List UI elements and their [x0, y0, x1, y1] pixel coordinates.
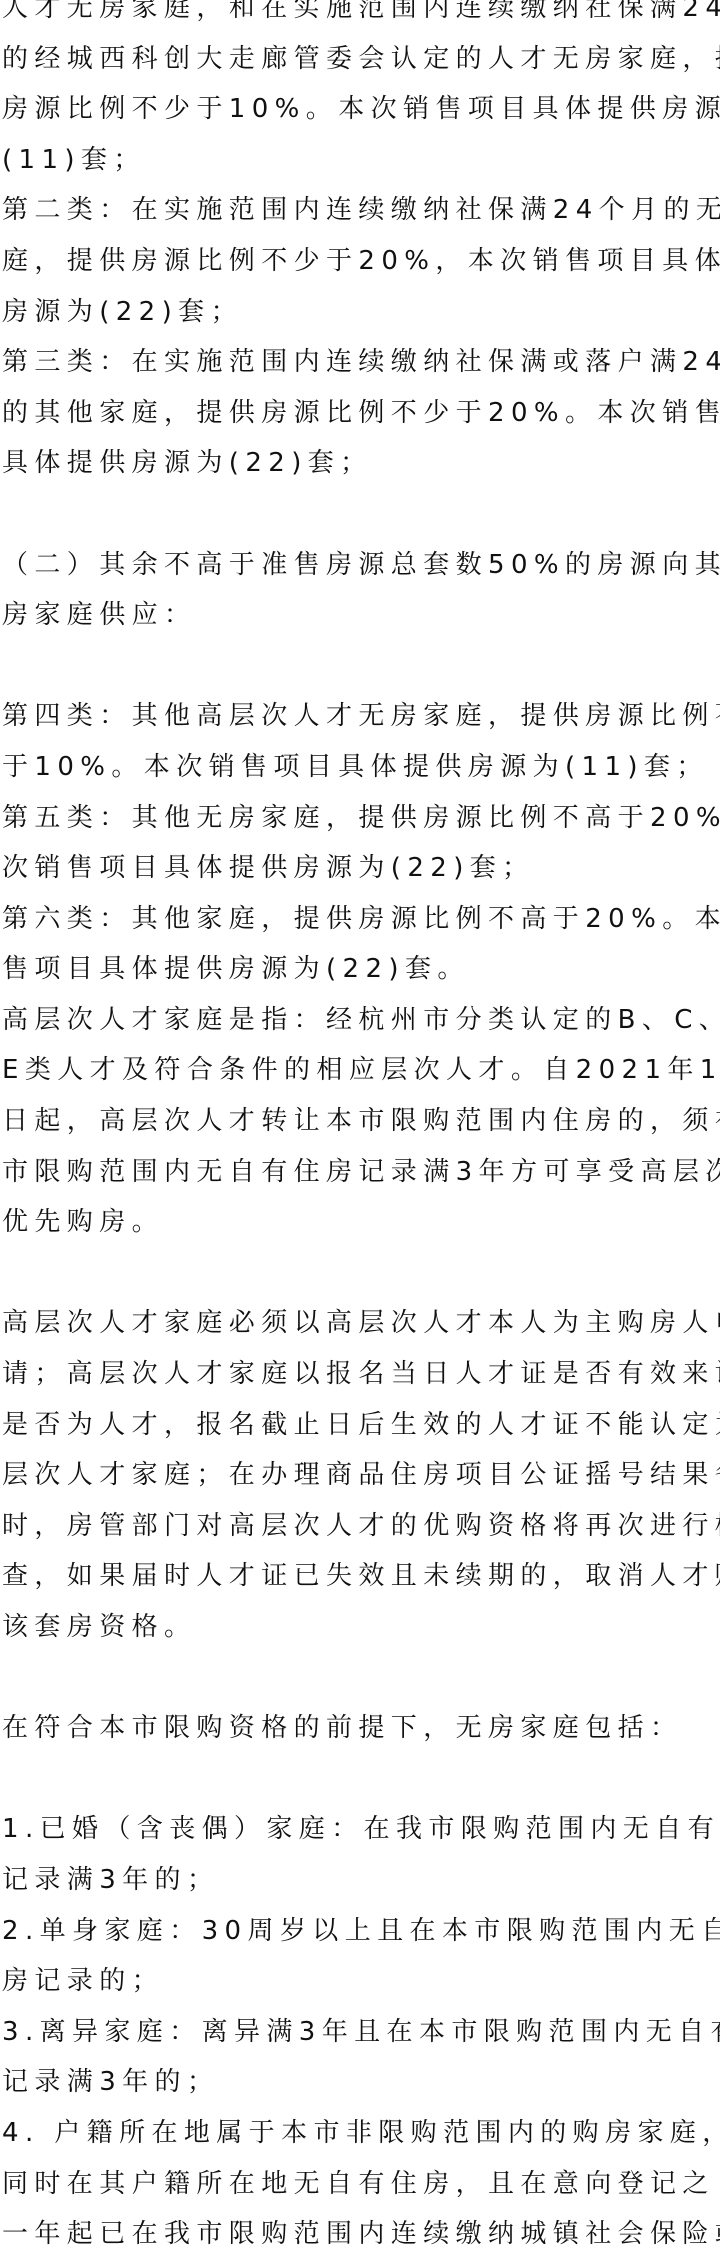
- text-line: 具体提供房源为(22)套；: [2, 438, 720, 489]
- text-line: 是否为人才，报名截止日后生效的人才证不能认定为高: [2, 1400, 720, 1451]
- text-line: 一年起已在我市限购范围内连续缴纳城镇社会保险或个: [2, 2209, 720, 2252]
- text-line: 的经城西科创大走廊管委会认定的人才无房家庭，提供: [2, 34, 720, 85]
- blank-line: [2, 489, 720, 540]
- section-2-heading: （二）其余不高于准售房源总套数50%的房源向其他购: [2, 540, 720, 591]
- text-line: 于10%。本次销售项目具体提供房源为(11)套；: [2, 742, 720, 793]
- text-line: 房源为(22)套；: [2, 287, 720, 338]
- text-line: 查，如果届时人才证已失效且未续期的，取消人才购买: [2, 1551, 720, 1602]
- text-line: 人才无房家庭，和在实施范围内连续缴纳社保满24个月: [2, 0, 720, 34]
- list-item-2: 2.单身家庭：30周岁以上且在本市限购范围内无自有住: [2, 1906, 720, 1957]
- text-line: 优先购房。: [2, 1197, 720, 1248]
- blank-line: [2, 641, 720, 692]
- text-line: 次销售项目具体提供房源为(22)套；: [2, 843, 720, 894]
- category-4-line: 第四类：其他高层次人才无房家庭，提供房源比例不高: [2, 691, 720, 742]
- category-3-line: 第三类：在实施范围内连续缴纳社保满或落户满24个月: [2, 337, 720, 388]
- talent-definition-line: 高层次人才家庭是指：经杭州市分类认定的B、C、D、: [2, 995, 720, 1046]
- list-item-1: 1.已婚（含丧偶）家庭：在我市限购范围内无自有住房: [2, 1804, 720, 1855]
- text-line: 庭，提供房源比例不少于20%，本次销售项目具体提供: [2, 236, 720, 287]
- text-line: 请；高层次人才家庭以报名当日人才证是否有效来认定: [2, 1349, 720, 1400]
- no-house-family-intro: 在符合本市限购资格的前提下，无房家庭包括：: [2, 1703, 720, 1754]
- text-line: 层次人才家庭；在办理商品住房项目公证摇号结果备案: [2, 1450, 720, 1501]
- text-line: 时，房管部门对高层次人才的优购资格将再次进行核: [2, 1501, 720, 1552]
- category-5-line: 第五类：其他无房家庭，提供房源比例不高于20%。本: [2, 793, 720, 844]
- talent-requirement-line: 高层次人才家庭必须以高层次人才本人为主购房人申: [2, 1298, 720, 1349]
- text-line: 同时在其户籍所在地无自有住房，且在意向登记之日前: [2, 2159, 720, 2210]
- text-line: 记录满3年的；: [2, 1855, 720, 1906]
- text-line: 的其他家庭，提供房源比例不少于20%。本次销售项目: [2, 388, 720, 439]
- text-line: 房家庭供应：: [2, 590, 720, 641]
- blank-line: [2, 1653, 720, 1704]
- text-line: (11)套；: [2, 135, 720, 186]
- text-line: 房源比例不少于10%。本次销售项目具体提供房源为: [2, 84, 720, 135]
- document-body: 人才无房家庭，和在实施范围内连续缴纳社保满24个月 的经城西科创大走廊管委会认定…: [2, 0, 720, 2252]
- text-line: 日起，高层次人才转让本市限购范围内住房的，须在本: [2, 1096, 720, 1147]
- blank-line: [2, 1248, 720, 1299]
- text-line: E类人才及符合条件的相应层次人才。自2021年1月27: [2, 1045, 720, 1096]
- text-line: 售项目具体提供房源为(22)套。: [2, 944, 720, 995]
- blank-line: [2, 1754, 720, 1805]
- list-item-3: 3.离异家庭：离异满3年且在本市限购范围内无自有住房: [2, 2007, 720, 2058]
- list-item-4: 4. 户籍所在地属于本市非限购范围内的购房家庭，还需: [2, 2108, 720, 2159]
- text-line: 记录满3年的；: [2, 2057, 720, 2108]
- category-6-line: 第六类：其他家庭，提供房源比例不高于20%。本次销: [2, 894, 720, 945]
- text-line: 该套房资格。: [2, 1602, 720, 1653]
- text-line: 市限购范围内无自有住房记录满3年方可享受高层次人才: [2, 1147, 720, 1198]
- text-line: 房记录的；: [2, 1956, 720, 2007]
- category-2-line: 第二类：在实施范围内连续缴纳社保满24个月的无房家: [2, 185, 720, 236]
